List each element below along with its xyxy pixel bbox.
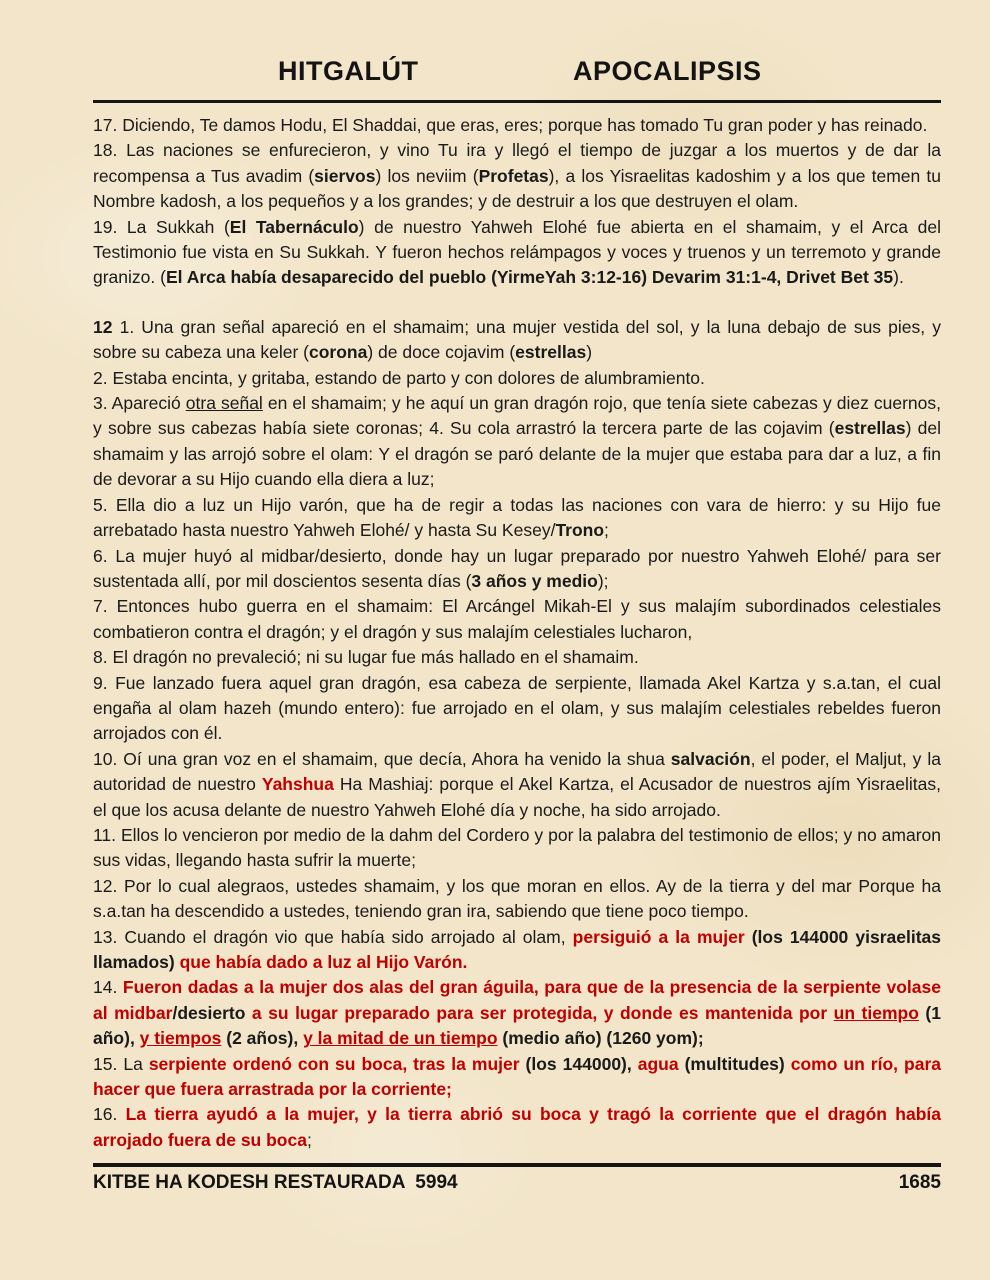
verse-paragraph: 13. Cuando el dragón vio que había sido … (93, 925, 941, 976)
page-footer: KITBE HA KODESH RESTAURADA 5994 1685 (93, 1172, 941, 1194)
text-segment: 13. Cuando el dragón vio que había sido … (93, 927, 573, 947)
text-segment: 17. Diciendo, Te damos Hodu, El Shaddai,… (93, 115, 927, 135)
footer-book-title: KITBE HA KODESH RESTAURADA 5994 (93, 1172, 458, 1194)
text-segment: ) (586, 342, 592, 362)
verse-paragraph: 15. La serpiente ordenó con su boca, tra… (93, 1052, 941, 1103)
text-segment: 12 (93, 317, 120, 337)
text-segment: La tierra ayudó a la mujer, y la tierra … (93, 1104, 941, 1149)
verse-paragraph: 18. Las naciones se enfurecieron, y vino… (93, 138, 941, 214)
text-segment: 9. Fue lanzado fuera aquel gran dragón, … (93, 673, 941, 744)
verse-paragraph: 6. La mujer huyó al midbar/desierto, don… (93, 544, 941, 595)
text-segment: estrellas (515, 342, 586, 362)
text-segment: (multitudes) (685, 1054, 791, 1074)
text-segment: ) de doce cojavim ( (367, 342, 515, 362)
text-segment: 19. La Sukkah ( (93, 217, 230, 237)
text-segment: a su lugar preparado para ser protegida,… (252, 1003, 834, 1023)
text-segment: ) los neviim ( (375, 166, 478, 186)
footer-page-number: 1685 (899, 1172, 941, 1194)
text-segment: (medio año) (1260 yom); (498, 1028, 704, 1048)
verse-paragraph: 19. La Sukkah (El Tabernáculo) de nuestr… (93, 215, 941, 291)
text-segment: siervos (314, 166, 375, 186)
text-segment: y tiempos (140, 1028, 222, 1048)
text-segment: 16. (93, 1104, 126, 1124)
text-segment: Yahshua (262, 774, 334, 794)
text-segment: Profetas (479, 166, 549, 186)
footer-rule (93, 1163, 941, 1167)
verse-paragraph: 7. Entonces hubo guerra en el shamaim: E… (93, 594, 941, 645)
verse-paragraph: 12. Por lo cual alegraos, ustedes shamai… (93, 874, 941, 925)
header-rule (93, 100, 941, 103)
text-segment: serpiente ordenó con su boca, tras la mu… (149, 1054, 526, 1074)
text-segment: El Tabernáculo (230, 217, 359, 237)
verse-paragraph: 10. Oí una gran voz en el shamaim, que d… (93, 747, 941, 823)
verse-paragraph: 5. Ella dio a luz un Hijo varón, que ha … (93, 493, 941, 544)
text-segment: 11. Ellos lo vencieron por medio de la d… (93, 825, 941, 870)
text-segment: salvación (671, 749, 751, 769)
text-segment: corona (309, 342, 367, 362)
text-segment: un tiempo (834, 1003, 919, 1023)
text-segment: El Arca había desaparecido del pueblo (Y… (166, 267, 893, 287)
text-segment: 8. El dragón no prevaleció; ni su lugar … (93, 647, 639, 667)
text-segment: 10. Oí una gran voz en el shamaim, que d… (93, 749, 671, 769)
text-segment: ); (598, 571, 609, 591)
text-segment: (2 años), (221, 1028, 303, 1048)
verse-paragraph: 17. Diciendo, Te damos Hodu, El Shaddai,… (93, 113, 941, 138)
verse-paragraph: 11. Ellos lo vencieron por medio de la d… (93, 823, 941, 874)
text-segment: (los 144000), (526, 1054, 638, 1074)
document-page: HITGALÚT APOCALIPSIS 17. Diciendo, Te da… (0, 0, 990, 1280)
text-segment: 15. La (93, 1054, 149, 1074)
verse-paragraph: 9. Fue lanzado fuera aquel gran dragón, … (93, 671, 941, 747)
text-segment: 2. Estaba encinta, y gritaba, estando de… (93, 368, 705, 388)
text-segment: 5. Ella dio a luz un Hijo varón, que ha … (93, 495, 941, 540)
verse-paragraph: 16. La tierra ayudó a la mujer, y la tie… (93, 1102, 941, 1153)
content: 17. Diciendo, Te damos Hodu, El Shaddai,… (93, 113, 941, 1153)
verse-paragraph: 2. Estaba encinta, y gritaba, estando de… (93, 366, 941, 391)
page-title-spanish: APOCALIPSIS (573, 56, 762, 87)
page-title-hebrew: HITGALÚT (278, 56, 418, 87)
text-segment: 14. (93, 977, 123, 997)
text-segment: ). (893, 267, 904, 287)
text-segment: persiguió a la mujer (573, 927, 752, 947)
text-segment: 3. Apareció (93, 393, 186, 413)
text-segment: agua (638, 1054, 685, 1074)
text-segment: /desierto (172, 1003, 251, 1023)
text-segment: y la mitad de un tiempo (303, 1028, 497, 1048)
text-segment: que había dado a luz al Hijo Varón. (180, 952, 468, 972)
text-segment: 7. Entonces hubo guerra en el shamaim: E… (93, 596, 941, 641)
verse-paragraph: 12 1. Una gran señal apareció en el sham… (93, 315, 941, 366)
text-segment: estrellas (835, 418, 906, 438)
text-segment: ; (604, 520, 609, 540)
text-segment: 12. Por lo cual alegraos, ustedes shamai… (93, 876, 941, 921)
verse-paragraph: 3. Apareció otra señal en el shamaim; y … (93, 391, 941, 493)
text-segment: otra señal (186, 393, 263, 413)
verse-paragraph: 8. El dragón no prevaleció; ni su lugar … (93, 645, 941, 670)
verse-paragraph: 14. Fueron dadas a la mujer dos alas del… (93, 975, 941, 1051)
text-segment: Trono (555, 520, 604, 540)
text-segment: 3 años y medio (471, 571, 597, 591)
text-segment: ; (307, 1130, 312, 1150)
